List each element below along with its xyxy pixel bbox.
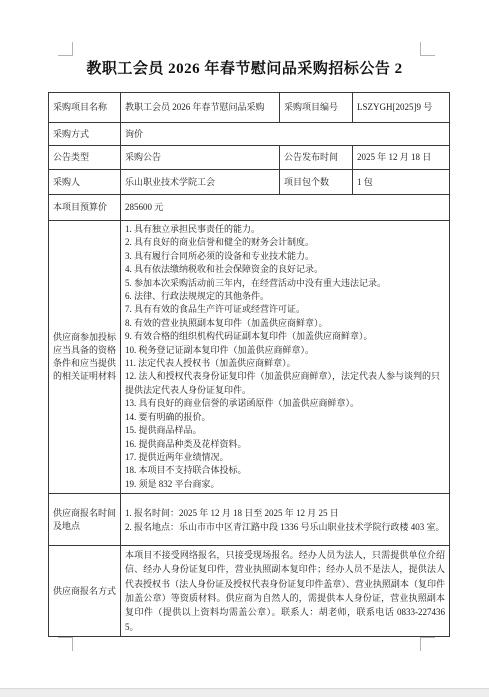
- qualification-item: 13. 具有良好的商业信誉的承诺函原件（加盖供应商鲜章）。: [125, 397, 445, 410]
- notice-type-value: 采购公告: [121, 146, 280, 170]
- qualification-list: 1. 具有独立承担民事责任的能力。 2. 具有良好的商业信誉和健全的财务会计制度…: [125, 223, 445, 491]
- document-page: 教职工会员 2026 年春节慰问品采购招标公告 2 采购项目名称 教职工会员 2…: [0, 0, 489, 697]
- qualification-item: 4. 具有依法缴纳税收和社会保障资金的良好记录。: [125, 263, 445, 276]
- purchaser-label: 采购人: [49, 170, 121, 195]
- page-title: 教职工会员 2026 年春节慰问品采购招标公告 2: [0, 57, 489, 78]
- qualification-list-cell: 1. 具有独立承担民事责任的能力。 2. 具有良好的商业信誉和健全的财务会计制度…: [121, 221, 450, 494]
- qualification-item: 12. 法人和授权代表身份证复印件（加盖供应商鲜章），法定代表人参与谈判的只提供…: [125, 370, 445, 397]
- publish-time-value: 2025 年 12 月 18 日: [353, 146, 450, 170]
- qualification-item: 2. 具有良好的商业信誉和健全的财务会计制度。: [125, 236, 445, 249]
- registration-cell: 1. 报名时间：2025 年 12 月 18 日至 2025 年 12 月 25…: [121, 494, 450, 546]
- table-row: 采购方式 询价: [49, 123, 450, 146]
- budget-label: 本项目预算价: [49, 195, 121, 221]
- qualification-label: 供应商参加投标应当具备的资格条件和应当提供的相关证明材料: [49, 221, 121, 494]
- signup-method-cell: 本项目不接受网络报名，只接受现场报名。经办人员为法人，只需提供单位介绍信、经办人…: [121, 546, 450, 637]
- project-name-label: 采购项目名称: [49, 93, 121, 123]
- qualification-item: 19. 须是 832 平台商家。: [125, 478, 445, 491]
- margin-crop-mark-top-right: [420, 42, 435, 56]
- project-no-value: LSZYGH[2025]9 号: [353, 93, 450, 123]
- qualification-item: 8. 有效的营业执照副本复印件（加盖供应商鲜章）。: [125, 317, 445, 330]
- purchase-method-label: 采购方式: [49, 123, 121, 146]
- page-bottom-edge: [0, 688, 489, 697]
- budget-value: 285600 元: [121, 195, 450, 221]
- qualification-item: 11. 法定代表人授权书（加盖供应商鲜章）。: [125, 357, 445, 370]
- qualification-item: 5. 参加本次采购活动前三年内，在经营活动中没有重大违法记录。: [125, 277, 445, 290]
- project-name-value: 教职工会员 2026 年春节慰问品采购: [121, 93, 280, 123]
- table-row: 采购人 乐山职业技术学院工会 项目包个数 1 包: [49, 170, 450, 195]
- package-count-value: 1 包: [353, 170, 450, 195]
- qualification-item: 18. 本项目不支持联合体投标。: [125, 464, 445, 477]
- purchase-method-value: 询价: [121, 123, 450, 146]
- qualification-item: 14. 要有明确的报价。: [125, 411, 445, 424]
- table-row: 采购项目名称 教职工会员 2026 年春节慰问品采购 采购项目编号 LSZYGH…: [49, 93, 450, 123]
- publish-time-label: 公告发布时间: [280, 146, 353, 170]
- project-no-label: 采购项目编号: [280, 93, 353, 123]
- table-row: 供应商报名方式 本项目不接受网络报名，只接受现场报名。经办人员为法人，只需提供单…: [49, 546, 450, 637]
- package-count-label: 项目包个数: [280, 170, 353, 195]
- registration-label: 供应商报名时间及地点: [49, 494, 121, 546]
- qualification-item: 16. 提供商品种类及花样资料。: [125, 438, 445, 451]
- qualification-item: 10. 税务登记证副本复印件（加盖供应商鲜章）。: [125, 344, 445, 357]
- qualification-item: 7. 具有有效的食品生产许可证或经营许可证。: [125, 303, 445, 316]
- registration-time-line: 1. 报名时间：2025 年 12 月 18 日至 2025 年 12 月 25…: [125, 506, 445, 520]
- registration-lines: 1. 报名时间：2025 年 12 月 18 日至 2025 年 12 月 25…: [125, 506, 445, 534]
- qualification-item: 3. 具有履行合同所必须的设备和专业技术能力。: [125, 250, 445, 263]
- table-row: 本项目预算价 285600 元: [49, 195, 450, 221]
- margin-crop-mark-top-left: [58, 42, 73, 56]
- table-row: 供应商报名时间及地点 1. 报名时间：2025 年 12 月 18 日至 202…: [49, 494, 450, 546]
- announcement-table: 采购项目名称 教职工会员 2026 年春节慰问品采购 采购项目编号 LSZYGH…: [48, 92, 450, 637]
- qualification-item: 15. 提供商品样品。: [125, 424, 445, 437]
- margin-crop-mark-bottom-right: [420, 637, 435, 651]
- purchaser-value: 乐山职业技术学院工会: [121, 170, 280, 195]
- registration-place-line: 2. 报名地点：乐山市市中区青江路中段 1336 号乐山职业技术学院行政楼 40…: [125, 520, 445, 534]
- qualification-item: 6. 法律、行政法规规定的其他条件。: [125, 290, 445, 303]
- signup-method-content: 本项目不接受网络报名，只接受现场报名。经办人员为法人，只需提供单位介绍信、经办人…: [125, 548, 445, 634]
- margin-crop-mark-bottom-left: [58, 637, 73, 651]
- qualification-item: 17. 提供近两年业绩情况。: [125, 451, 445, 464]
- table-row: 供应商参加投标应当具备的资格条件和应当提供的相关证明材料 1. 具有独立承担民事…: [49, 221, 450, 494]
- qualification-item: 9. 有效合格的组织机构代码证副本复印件（加盖供应商鲜章）。: [125, 330, 445, 343]
- signup-method-label: 供应商报名方式: [49, 546, 121, 637]
- qualification-item: 1. 具有独立承担民事责任的能力。: [125, 223, 445, 236]
- table-row: 公告类型 采购公告 公告发布时间 2025 年 12 月 18 日: [49, 146, 450, 170]
- notice-type-label: 公告类型: [49, 146, 121, 170]
